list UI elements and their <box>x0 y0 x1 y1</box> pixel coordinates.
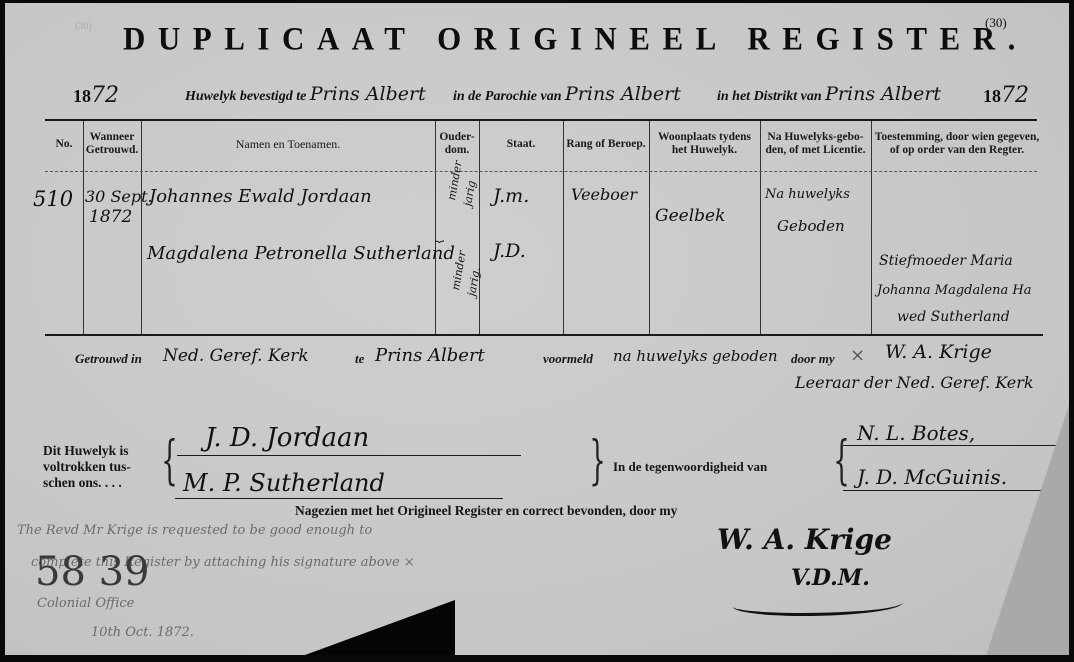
bevestigd-value: Prins Albert <box>310 83 426 105</box>
bevestigd-label: Huwelyk bevestigd te <box>185 89 306 104</box>
getrouwd-in-label: Getrouwd in <box>75 351 142 367</box>
verification-signature: W. A. Krige <box>717 523 892 556</box>
col-header-geboden-line1: Na Huwelyks-gebo- <box>760 131 871 144</box>
table-bottom-rule <box>45 334 1043 336</box>
col-header-woonplaats-line2: het Huwelyk. <box>649 144 760 157</box>
groom-signature-line <box>177 455 521 456</box>
bride-age-line2: jarig. <box>465 266 483 297</box>
archive-number: 58 39 <box>35 549 150 595</box>
voormeld-value: na huwelyks geboden <box>613 347 778 365</box>
pencil-note-line4: 10th Oct. 1872. <box>91 625 194 640</box>
groom-staat: J.m. <box>493 185 529 207</box>
witness-2-signature: J. D. McGuinis. <box>857 465 1007 489</box>
witness-label: In de tegenwoordigheid van <box>613 459 767 475</box>
col-header-namen: Namen en Toenamen. <box>141 138 435 151</box>
marriage-date-year: 1872 <box>89 207 132 227</box>
col-header-ouderdom-line2: dom. <box>435 144 479 157</box>
col-divider <box>563 121 564 334</box>
year-prefix: 18 <box>73 86 91 106</box>
place-value: Prins Albert <box>375 345 485 366</box>
year-prefix-right: 18 <box>983 86 1001 106</box>
verification-label: Nagezien met het Origineel Register en c… <box>295 503 677 519</box>
witness-1-signature: N. L. Botes, <box>857 421 975 445</box>
residence: Geelbek <box>655 206 725 226</box>
door-my-label: door my <box>791 351 835 367</box>
col-header-woonplaats: Woonplaats tydens het Huwelyk. <box>649 131 760 157</box>
parochie-value: Prins Albert <box>565 83 681 105</box>
left-brace: { <box>161 431 178 491</box>
te-label: te <box>355 351 364 367</box>
document-title: DUPLICAAT ORIGINEEL REGISTER. <box>123 20 1028 58</box>
parochie-label: in de Parochie van <box>453 89 562 104</box>
col-header-rang: Rang of Beroep. <box>563 138 649 151</box>
banns-line1: Na huwelyks <box>765 187 850 202</box>
voltrokken-label-line2: voltrokken tus- <box>43 459 131 475</box>
col-header-ouderdom: Ouder- dom. <box>435 131 479 157</box>
groom-name: Johannes Ewald Jordaan <box>149 186 372 207</box>
col-header-geboden-line2: den, of met Licentie. <box>760 144 871 157</box>
ink-blot <box>305 600 455 655</box>
voltrokken-label: Dit Huwelyk is voltrokken tus- schen ons… <box>43 443 131 491</box>
pencil-note-line1: The Revd Mr Krige is requested to be goo… <box>17 523 372 538</box>
year-suffix-right-handwritten: 72 <box>1001 83 1029 108</box>
consent-line1: Stiefmoeder Maria <box>879 253 1013 269</box>
folded-corner <box>979 405 1069 655</box>
verification-suffix: V.D.M. <box>791 565 870 591</box>
parochie-line: in de Parochie van Prins Albert <box>453 83 681 105</box>
voltrokken-label-line3: schen ons. . . . <box>43 475 131 491</box>
col-header-toestemming: Toestemming, door wien gegeven, of op or… <box>871 131 1043 157</box>
distrikt-label: in het Distrikt van <box>717 89 822 104</box>
distrikt-value: Prins Albert <box>825 83 941 105</box>
col-divider <box>141 121 142 334</box>
year-left: 1872 <box>73 83 119 108</box>
pencil-note-line3: Colonial Office <box>37 596 134 611</box>
col-header-wanneer-line1: Wanneer <box>83 131 141 144</box>
occupation: Veeboer <box>571 185 637 204</box>
col-header-toestemming-line2: of op order van den Regter. <box>871 144 1043 157</box>
table-top-rule <box>45 119 1037 121</box>
col-header-wanneer: Wanneer Getrouwd. <box>83 131 141 157</box>
middle-brace: } <box>589 431 606 491</box>
year-right: 1872 <box>983 83 1029 108</box>
bride-signature-line <box>175 498 503 499</box>
groom-signature: J. D. Jordaan <box>205 423 369 453</box>
entry-number: 510 <box>33 187 73 211</box>
bride-name: Magdalena Petronella Sutherland <box>147 243 455 264</box>
marriage-date-day: 30 Sept. <box>85 187 153 206</box>
groom-age-line2: jarig <box>461 180 478 208</box>
church-value: Ned. Geref. Kerk <box>163 346 309 366</box>
cross-mark: × <box>850 345 865 366</box>
bride-signature: M. P. Sutherland <box>183 469 385 497</box>
faint-page-number: (30) <box>75 21 92 32</box>
col-header-woonplaats-line1: Woonplaats tydens <box>649 131 760 144</box>
col-header-ouderdom-line1: Ouder- <box>435 131 479 144</box>
voormeld-label: voormeld <box>543 351 593 367</box>
age-brace: ⏟ <box>435 225 444 243</box>
col-divider <box>479 121 480 334</box>
consent-line3: wed Sutherland <box>897 309 1010 325</box>
col-header-geboden: Na Huwelyks-gebo- den, of met Licentie. <box>760 131 871 157</box>
right-brace: { <box>833 431 850 491</box>
col-header-no: No. <box>45 138 83 151</box>
header-underline <box>45 171 1037 172</box>
witness-2-line <box>843 490 1069 491</box>
consent-line2: Johanna Magdalena Ha <box>877 283 1031 298</box>
distrikt-line: in het Distrikt van Prins Albert <box>717 83 941 105</box>
officiant-signature: W. A. Krige <box>885 341 992 363</box>
signature-flourish <box>733 593 903 616</box>
bevestigd-line: Huwelyk bevestigd te Prins Albert <box>185 83 426 105</box>
register-page: (30) DUPLICAAT ORIGINEEL REGISTER. (30) … <box>5 3 1069 655</box>
col-header-wanneer-line2: Getrouwd. <box>83 144 141 157</box>
officiant-title: Leeraar der Ned. Geref. Kerk <box>795 373 1034 392</box>
banns-line2: Geboden <box>777 217 845 235</box>
page-number: (30) <box>985 15 1007 31</box>
col-header-staat: Staat. <box>479 138 563 151</box>
voltrokken-label-line1: Dit Huwelyk is <box>43 443 131 459</box>
bride-staat: J.D. <box>493 240 526 262</box>
year-suffix-handwritten: 72 <box>91 83 119 108</box>
witness-1-line <box>843 445 1069 446</box>
col-header-toestemming-line1: Toestemming, door wien gegeven, <box>871 131 1043 144</box>
